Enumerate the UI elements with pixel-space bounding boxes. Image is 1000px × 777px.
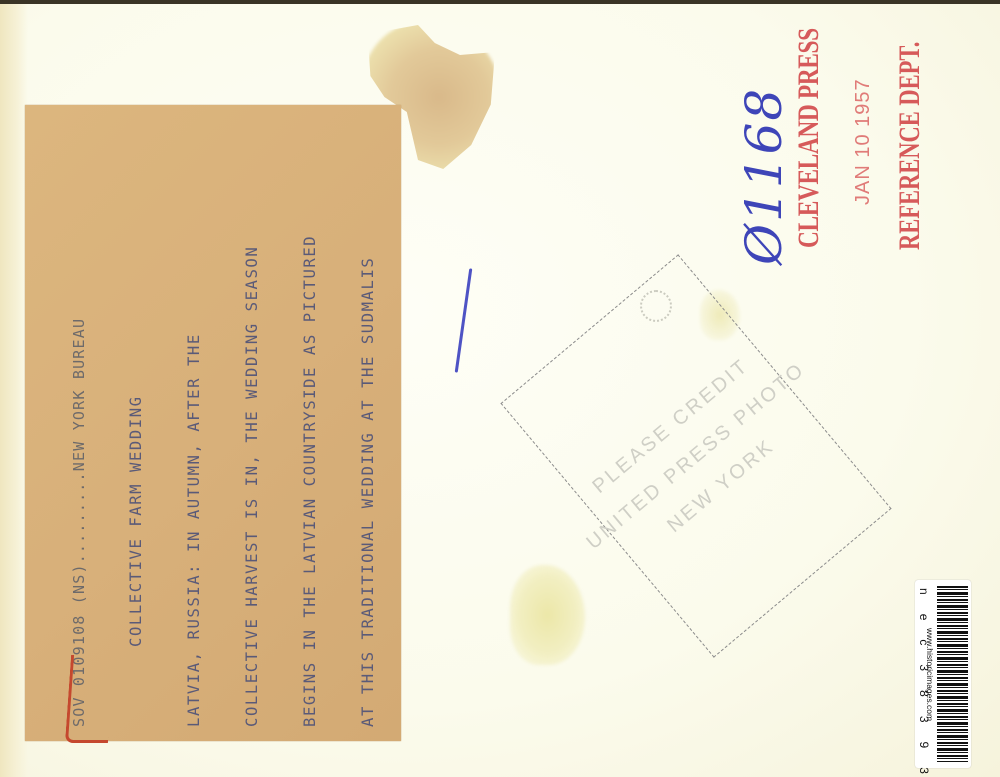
paper-edge <box>0 0 28 777</box>
newspaper-stamp: CLEVELAND PRESS <box>792 28 826 248</box>
date-stamp: JAN 10 1957 <box>852 78 875 205</box>
caption-line: AT THIS TRADITIONAL WEDDING AT THE SUDMA… <box>359 115 378 727</box>
barcode-icon <box>937 586 968 762</box>
credit-line: PLEASE CREDIT <box>552 324 789 528</box>
scan-edge <box>0 0 1000 4</box>
flower-emblem-icon <box>640 290 672 322</box>
barcode-label: n e c 3 8 3 9 3 www.historicimages.com <box>915 580 971 768</box>
caption-slip: SOV 0109108 (NS).........NEW YORK BUREAU… <box>25 105 401 741</box>
red-pencil-mark <box>65 655 114 743</box>
credit-line: UNITED PRESS PHOTO <box>578 354 815 558</box>
department-stamp: REFERENCE DEPT. <box>893 42 927 250</box>
caption-line: COLLECTIVE HARVEST IS IN, THE WEDDING SE… <box>243 115 262 727</box>
barcode-url: www.historicimages.com <box>925 628 935 768</box>
caption-line: LATVIA, RUSSIA: IN AUTUMN, AFTER THE <box>185 115 204 727</box>
caption-header: SOV 0109108 (NS).........NEW YORK BUREAU <box>70 115 89 727</box>
caption-title: COLLECTIVE FARM WEDDING <box>127 115 146 727</box>
caption-line: BEGINS IN THE LATVIAN COUNTRYSIDE AS PIC… <box>301 115 320 727</box>
caption-text: SOV 0109108 (NS).........NEW YORK BUREAU… <box>25 105 401 741</box>
credit-line: NEW YORK <box>603 384 840 588</box>
handwritten-reference: Ø1168 <box>734 65 794 265</box>
stain <box>510 565 585 665</box>
